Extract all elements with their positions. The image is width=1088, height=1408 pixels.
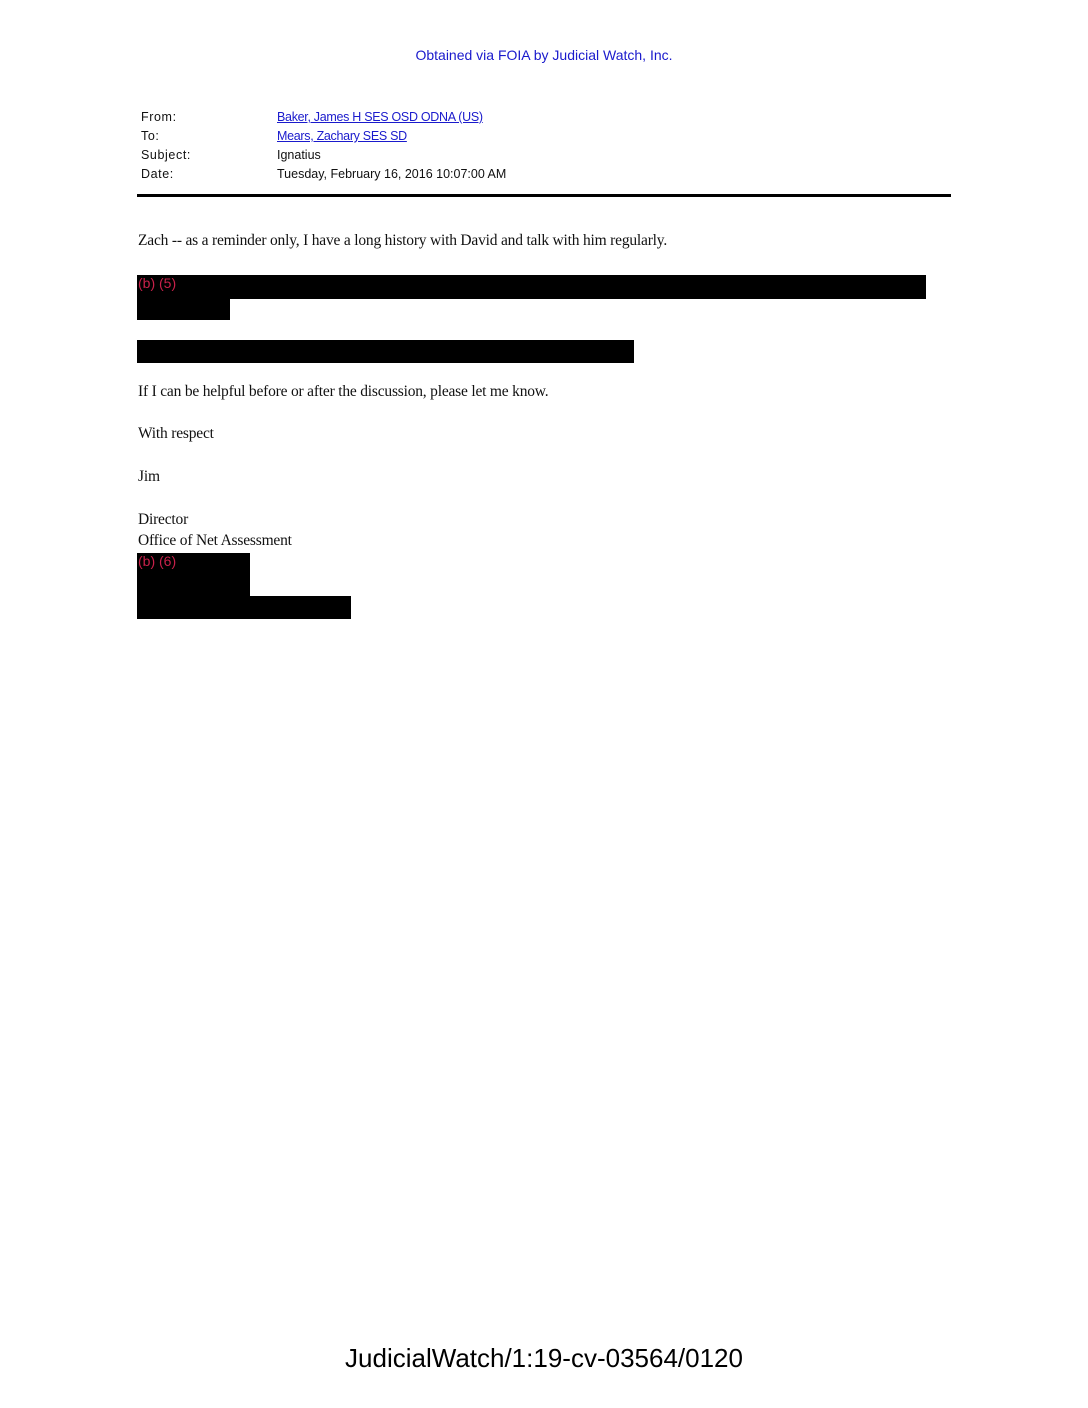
- to-link[interactable]: Mears, Zachary SES SD: [277, 129, 407, 143]
- foia-watermark: Obtained via FOIA by Judicial Watch, Inc…: [0, 47, 1088, 63]
- subject-value: Ignatius: [277, 148, 321, 162]
- redaction-block-b5-paragraph: [137, 340, 634, 363]
- closing: With respect: [138, 425, 214, 443]
- redaction-label-b5: (b) (5): [138, 275, 176, 291]
- to-label: To:: [141, 129, 159, 143]
- redaction-label-b6: (b) (6): [138, 553, 176, 569]
- body-paragraph-2: If I can be helpful before or after the …: [138, 383, 548, 401]
- signature-name: Jim: [138, 468, 160, 486]
- redaction-block-b6-lower: [137, 596, 351, 619]
- redaction-block-b5-line1: [137, 275, 926, 299]
- from-link[interactable]: Baker, James H SES OSD ODNA (US): [277, 110, 483, 124]
- signature-title: Director: [138, 511, 188, 529]
- signature-office: Office of Net Assessment: [138, 532, 292, 550]
- from-label: From:: [141, 110, 177, 124]
- header-separator: [137, 194, 951, 197]
- subject-label: Subject:: [141, 148, 191, 162]
- body-paragraph-1: Zach -- as a reminder only, I have a lon…: [138, 232, 667, 250]
- redaction-block-b5-line2: [137, 298, 230, 320]
- date-label: Date:: [141, 167, 174, 181]
- bates-number: JudicialWatch/1:19-cv-03564/0120: [0, 1343, 1088, 1374]
- date-value: Tuesday, February 16, 2016 10:07:00 AM: [277, 167, 506, 181]
